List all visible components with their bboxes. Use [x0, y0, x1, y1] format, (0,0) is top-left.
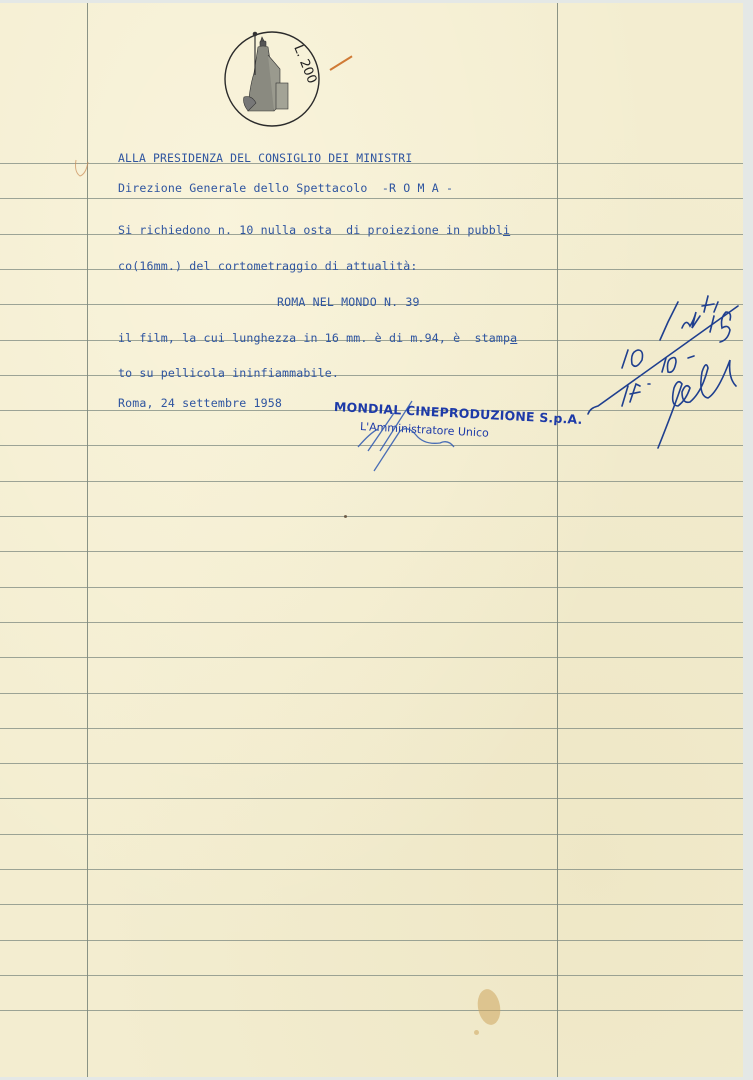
body-line-1-text: Si richiedono n. 10 nulla osta di proiez…	[118, 223, 503, 237]
revenue-stamp-icon: L. 200	[222, 25, 322, 133]
right-margin-rule	[557, 3, 558, 1077]
paper-stain	[474, 1030, 479, 1035]
ruled-line	[0, 657, 743, 658]
margin-mark-icon	[72, 156, 94, 186]
recipient-department: Direzione Generale dello Spettacolo	[118, 181, 368, 195]
ruled-line	[0, 904, 743, 905]
ruled-line	[0, 798, 743, 799]
film-title: ROMA NEL MONDO N. 39	[277, 297, 420, 309]
paper-stain	[475, 987, 503, 1026]
body-line-1: Si richiedono n. 10 nulla osta di proiez…	[118, 225, 510, 237]
ruled-line	[0, 693, 743, 694]
handwritten-annotation-icon	[578, 288, 748, 458]
document-page: L. 200 ALLA PRESIDENZA DEL CONSIGLIO DEI…	[0, 3, 743, 1077]
ruled-line	[0, 622, 743, 623]
recipient-line-1: ALLA PRESIDENZA DEL CONSIGLIO DEI MINIST…	[118, 153, 412, 164]
body-line-2: co(16mm.) del cortometraggio di attualit…	[118, 261, 417, 273]
ruled-line	[0, 198, 743, 199]
ruled-line	[0, 869, 743, 870]
svg-text:L. 200: L. 200	[290, 43, 319, 86]
body-line-3-text: il film, la cui lunghezza in 16 mm. è di…	[118, 331, 510, 345]
body-line-1-hyphen-char: i	[503, 223, 510, 237]
paper-speck	[344, 515, 347, 518]
place-date: Roma, 24 settembre 1958	[118, 398, 282, 410]
ruled-line	[0, 834, 743, 835]
ruled-line	[0, 587, 743, 588]
body-line-3-hyphen-char: a	[510, 331, 517, 345]
signature-icon	[350, 395, 460, 475]
ruled-line	[0, 551, 743, 552]
ruled-line	[0, 763, 743, 764]
ruled-line	[0, 728, 743, 729]
body-line-4: to su pellicola ininfiammabile.	[118, 368, 339, 380]
ruled-line	[0, 940, 743, 941]
body-line-3: il film, la cui lunghezza in 16 mm. è di…	[118, 333, 517, 345]
ruled-line	[0, 516, 743, 517]
ruled-line	[0, 481, 743, 482]
orange-pencil-mark	[329, 55, 352, 70]
recipient-city: -R O M A -	[382, 181, 453, 195]
ruled-line	[0, 1010, 743, 1011]
recipient-line-2: Direzione Generale dello Spettacolo -R O…	[118, 183, 453, 195]
ruled-line	[0, 975, 743, 976]
